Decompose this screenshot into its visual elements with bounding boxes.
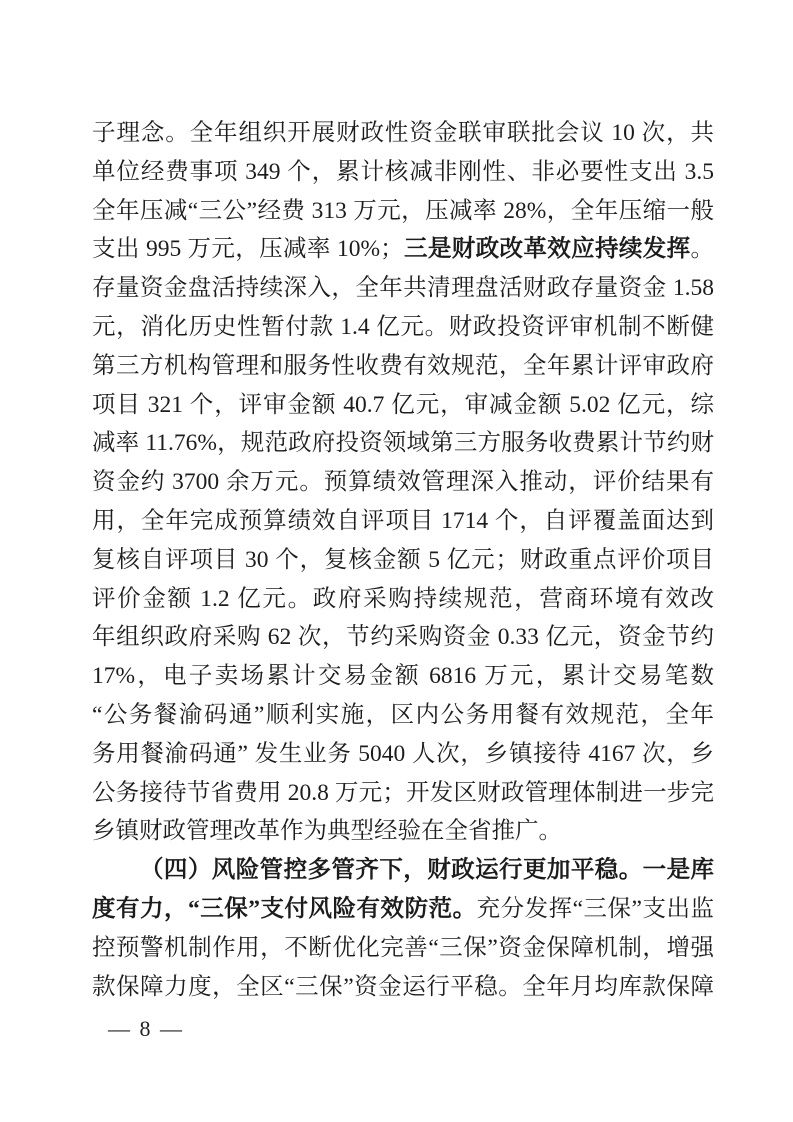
text-segment: 务用餐渝码通” 发生业务 5040 人次，乡镇接待 4167 次，乡镇 bbox=[92, 741, 714, 774]
text-segment: 存量资金盘活持续深入，全年共清理盘活财政存量资金 1.58 亿 bbox=[92, 275, 714, 308]
text-line: 元，消化历史性暂付款 1.4 亿元。财政投资评审机制不断健全， bbox=[92, 308, 714, 347]
text-line: 务用餐渝码通” 发生业务 5040 人次，乡镇接待 4167 次，乡镇 bbox=[92, 735, 714, 774]
text-line: 17%，电子卖场累计交易金额 6816 万元，累计交易笔数 9556 笔。 bbox=[92, 657, 714, 696]
text-line: 减率 11.76%，规范政府投资领域第三方服务收费累计节约财政 bbox=[92, 424, 714, 463]
text-line: 第三方机构管理和服务性收费有效规范，全年累计评审政府投资 bbox=[92, 347, 714, 386]
text-line: 乡镇财政管理改革作为典型经验在全省推广。 bbox=[92, 812, 714, 851]
text-segment: 复核自评项目 30 个，复核金额 5 亿元；财政重点评价项目 10 个， bbox=[92, 547, 714, 580]
text-line: 复核自评项目 30 个，复核金额 5 亿元；财政重点评价项目 10 个， bbox=[92, 541, 714, 580]
text-segment: 公务接待节省费用 20.8 万元；开发区财政管理体制进一步完善， bbox=[92, 780, 714, 813]
text-segment: 用，全年完成预算绩效自评项目 1714 个，自评覆盖面达到 100%； bbox=[92, 508, 714, 541]
text-line: “公务餐渝码通”顺利实施，区内公务用餐有效规范，全年 “公 bbox=[92, 696, 714, 735]
text-segment: 乡镇财政管理改革作为典型经验在全省推广。 bbox=[92, 818, 562, 844]
text-segment: “公务餐渝码通”顺利实施，区内公务用餐有效规范，全年 “公 bbox=[92, 702, 714, 735]
text-line: 用，全年完成预算绩效自评项目 1714 个，自评覆盖面达到 100%； bbox=[92, 502, 714, 541]
text-segment: 支出 995 万元，压减率 10%； bbox=[92, 236, 404, 262]
text-segment: 17%，电子卖场累计交易金额 6816 万元，累计交易笔数 9556 笔。 bbox=[92, 663, 714, 696]
text-line: 款保障力度，全区“三保”资金运行平稳。全年月均库款保障水 bbox=[92, 968, 714, 1007]
text-segment: 子理念。全年组织开展财政性资金联审联批会议 10 次，共受理 bbox=[92, 120, 714, 153]
text-line: （四）风险管控多管齐下，财政运行更加平稳。一是库款调 bbox=[92, 851, 714, 890]
text-segment: 元，消化历史性暂付款 1.4 亿元。财政投资评审机制不断健全， bbox=[92, 314, 714, 347]
text-line: 单位经费事项 349 个，累计核减非刚性、非必要性支出 3.5 亿元。 bbox=[92, 153, 714, 192]
page-number: — 8 — bbox=[108, 1016, 184, 1042]
document-body: 子理念。全年组织开展财政性资金联审联批会议 10 次，共受理单位经费事项 349… bbox=[92, 114, 714, 1006]
text-line: 年组织政府采购 62 次，节约采购资金 0.33 亿元，资金节约率 bbox=[92, 618, 714, 657]
text-segment: 年组织政府采购 62 次，节约采购资金 0.33 亿元，资金节约率 bbox=[92, 624, 714, 657]
text-line: 全年压减“三公”经费 313 万元，压减率 28%，全年压缩一般性 bbox=[92, 192, 714, 231]
emphasized-text-segment: 度有力，“三保”支付风险有效防范。 bbox=[92, 896, 477, 922]
text-segment: 全年压减“三公”经费 313 万元，压减率 28%，全年压缩一般性 bbox=[92, 198, 714, 231]
text-segment: 充分发挥“三保”支出监 bbox=[477, 896, 714, 922]
emphasized-text-segment: （四）风险管控多管齐下，财政运行更加平稳。一是库款调 bbox=[140, 857, 714, 890]
emphasized-text-segment: 三是财政改革效应持续发挥 bbox=[404, 236, 691, 262]
text-segment: 款保障力度，全区“三保”资金运行平稳。全年月均库款保障水 bbox=[92, 974, 714, 1007]
text-line: 度有力，“三保”支付风险有效防范。充分发挥“三保”支出监 bbox=[92, 890, 714, 929]
text-line: 资金约 3700 余万元。预算绩效管理深入推动，评价结果有效应 bbox=[92, 463, 714, 502]
text-line: 项目 321 个，评审金额 40.7 亿元，审减金额 5.02 亿元，综合审 bbox=[92, 386, 714, 425]
text-line: 评价金额 1.2 亿元。政府采购持续规范，营商环境有效改善，全 bbox=[92, 580, 714, 619]
text-segment: 控预警机制作用，不断优化完善“三保”资金保障机制，增强库 bbox=[92, 935, 714, 968]
text-line: 支出 995 万元，压减率 10%；三是财政改革效应持续发挥。财政 bbox=[92, 230, 714, 269]
text-segment: 第三方机构管理和服务性收费有效规范，全年累计评审政府投资 bbox=[92, 353, 714, 386]
text-line: 子理念。全年组织开展财政性资金联审联批会议 10 次，共受理 bbox=[92, 114, 714, 153]
text-segment: 单位经费事项 349 个，累计核减非刚性、非必要性支出 3.5 亿元。 bbox=[92, 159, 714, 192]
document-page: 子理念。全年组织开展财政性资金联审联批会议 10 次，共受理单位经费事项 349… bbox=[0, 0, 793, 1122]
text-line: 存量资金盘活持续深入，全年共清理盘活财政存量资金 1.58 亿 bbox=[92, 269, 714, 308]
text-line: 控预警机制作用，不断优化完善“三保”资金保障机制，增强库 bbox=[92, 929, 714, 968]
text-line: 公务接待节省费用 20.8 万元；开发区财政管理体制进一步完善， bbox=[92, 774, 714, 813]
text-segment: 资金约 3700 余万元。预算绩效管理深入推动，评价结果有效应 bbox=[92, 469, 714, 502]
text-segment: 减率 11.76%，规范政府投资领域第三方服务收费累计节约财政 bbox=[92, 430, 714, 463]
text-segment: 评价金额 1.2 亿元。政府采购持续规范，营商环境有效改善，全 bbox=[92, 586, 714, 619]
text-segment: 项目 321 个，评审金额 40.7 亿元，审减金额 5.02 亿元，综合审 bbox=[92, 392, 714, 425]
